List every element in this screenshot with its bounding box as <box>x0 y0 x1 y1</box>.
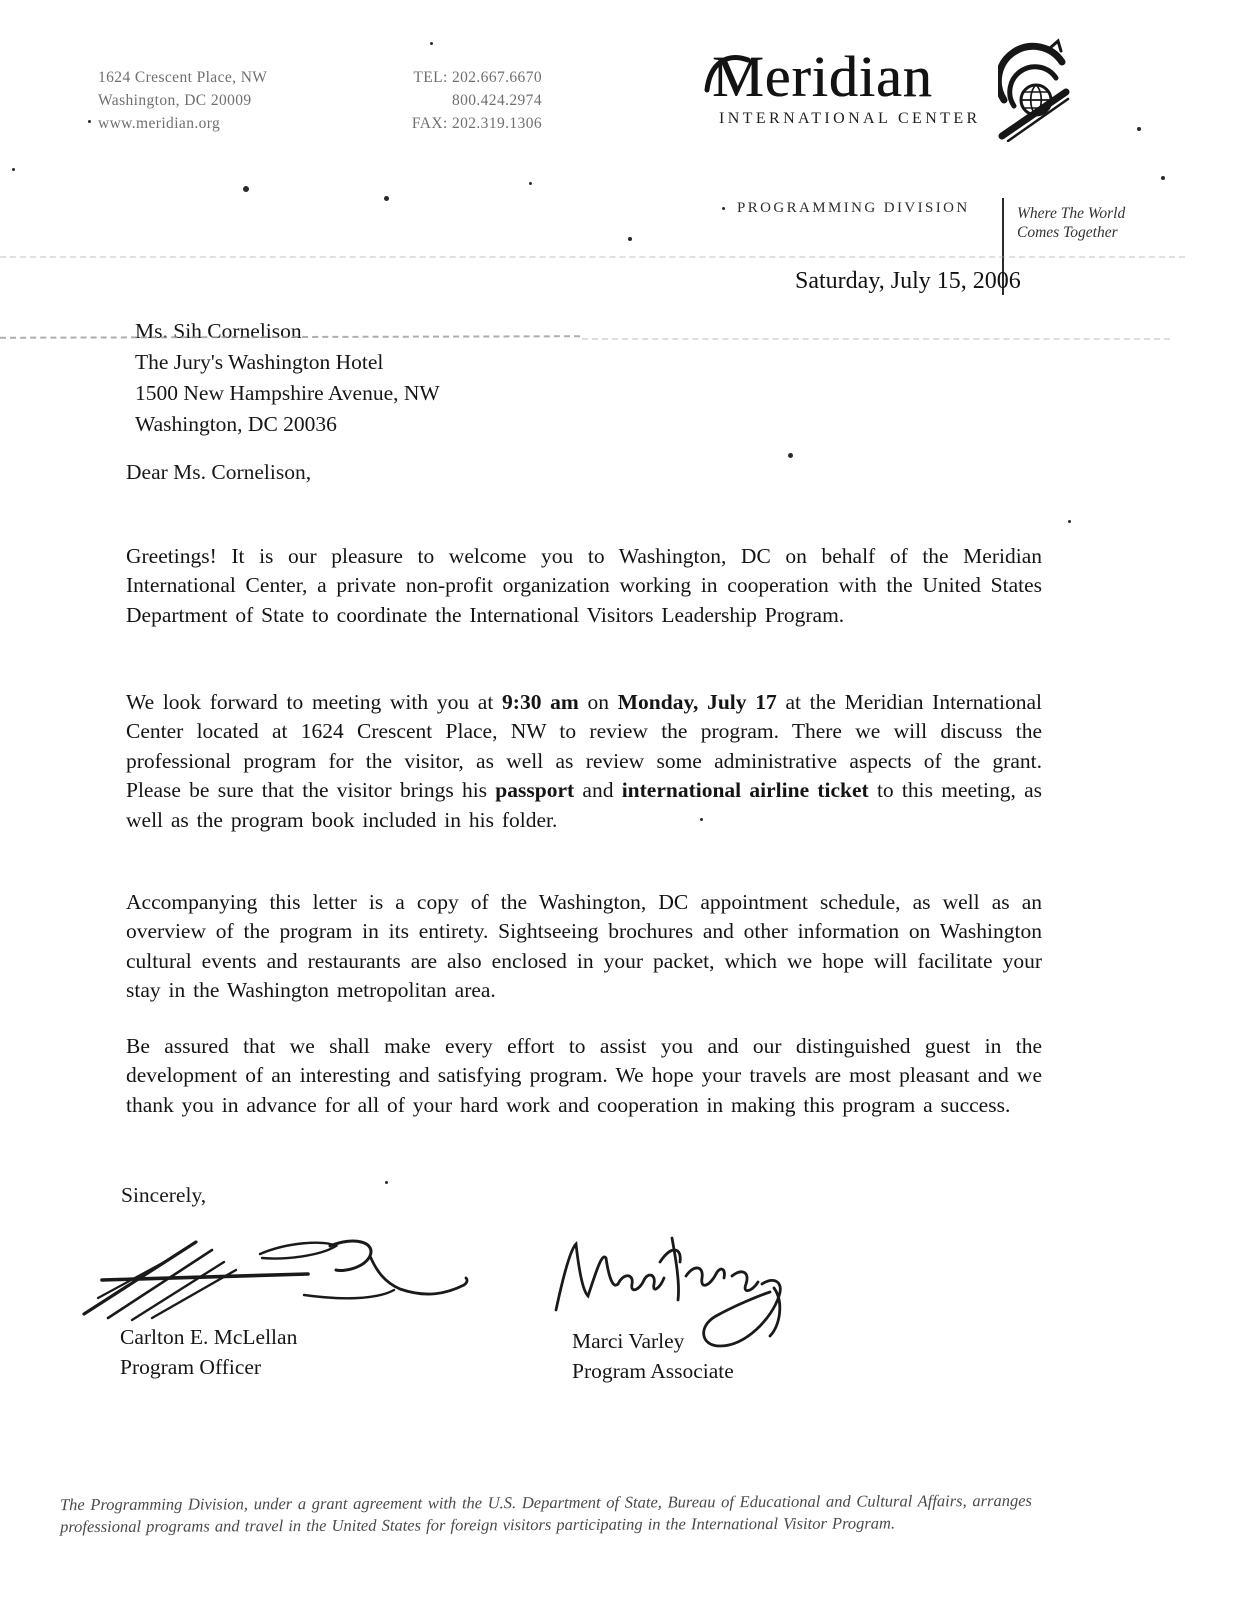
scan-speckle <box>384 196 389 201</box>
sender-address-line: 1624 Crescent Place, NW <box>98 66 267 89</box>
scan-speckle <box>12 168 15 171</box>
scan-speckle <box>385 1181 388 1184</box>
passport-bold: passport <box>495 778 574 802</box>
signer-title: Program Officer <box>120 1352 297 1382</box>
letter-date: Saturday, July 15, 2006 <box>795 268 1021 295</box>
tollfree-line: 800.424.2974 <box>356 89 542 112</box>
scan-speckle <box>88 120 91 123</box>
letter-paragraph-4: Be assured that we shall make every effo… <box>126 1032 1042 1121</box>
tagline: Where The World Comes Together <box>1017 205 1125 242</box>
signer-name: Marci Varley <box>572 1326 734 1356</box>
closing: Sincerely, <box>121 1183 206 1208</box>
meeting-date-bold: Monday, July 17 <box>618 690 777 714</box>
logo-wordmark: Meridian <box>712 46 1002 108</box>
fax-line: FAX: 202.319.1306 <box>356 112 542 135</box>
sender-address: 1624 Crescent Place, NW Washington, DC 2… <box>98 66 267 135</box>
sender-address-line: Washington, DC 20009 <box>98 89 267 112</box>
recipient-hotel: The Jury's Washington Hotel <box>135 347 440 378</box>
signer-block-1: Carlton E. McLellan Program Officer <box>120 1322 297 1382</box>
scan-dash-line <box>582 338 1170 340</box>
recipient-city: Washington, DC 20036 <box>135 409 440 440</box>
letter-paragraph-1: Greetings! It is our pleasure to welcome… <box>126 542 1042 631</box>
scan-speckle <box>700 818 703 821</box>
airline-ticket-bold: international airline ticket <box>622 778 869 802</box>
scan-speckle <box>628 237 632 241</box>
org-logo: Meridian INTERNATIONAL CENTER <box>712 46 1002 128</box>
contact-block: TEL: 202.667.6670 800.424.2974 FAX: 202.… <box>356 66 542 135</box>
scan-speckle <box>722 207 725 210</box>
signer-title: Program Associate <box>572 1356 734 1386</box>
paragraph-text: on <box>579 690 618 714</box>
scan-speckle <box>1068 520 1071 523</box>
scan-dash-line <box>0 256 1185 258</box>
letter-paragraph-3: Accompanying this letter is a copy of th… <box>126 888 1042 1006</box>
scan-speckle <box>430 42 433 45</box>
scan-speckle <box>243 186 249 192</box>
logo-subtitle: INTERNATIONAL CENTER <box>719 110 1002 128</box>
signer-name: Carlton E. McLellan <box>120 1322 297 1352</box>
letter-paragraph-2: We look forward to meeting with you at 9… <box>126 688 1042 836</box>
signer-block-2: Marci Varley Program Associate <box>572 1326 734 1386</box>
meeting-time-bold: 9:30 am <box>502 690 579 714</box>
scanned-letter-page: 1624 Crescent Place, NW Washington, DC 2… <box>0 0 1233 1600</box>
globe-sundial-emblem-icon <box>998 38 1070 142</box>
sender-website: www.meridian.org <box>98 112 267 135</box>
division-label: PROGRAMMING DIVISION <box>737 200 970 217</box>
tagline-line: Comes Together <box>1017 224 1125 243</box>
paragraph-text: and <box>574 778 622 802</box>
scan-speckle <box>1161 176 1165 180</box>
phone-line: TEL: 202.667.6670 <box>356 66 542 89</box>
recipient-name: Ms. Sih Cornelison <box>135 316 440 347</box>
logo-swash-icon <box>704 50 750 94</box>
scan-speckle <box>529 182 532 185</box>
scan-speckle <box>1137 127 1141 131</box>
scan-speckle <box>788 453 793 458</box>
signature-carlton-mclellan <box>78 1228 478 1323</box>
tagline-line: Where The World <box>1017 205 1125 224</box>
salutation: Dear Ms. Cornelison, <box>126 460 311 485</box>
recipient-street: 1500 New Hampshire Avenue, NW <box>135 378 440 409</box>
paragraph-text: We look forward to meeting with you at <box>126 690 502 714</box>
footer-disclaimer: The Programming Division, under a grant … <box>60 1490 1032 1538</box>
recipient-address: Ms. Sih Cornelison The Jury's Washington… <box>135 316 440 440</box>
